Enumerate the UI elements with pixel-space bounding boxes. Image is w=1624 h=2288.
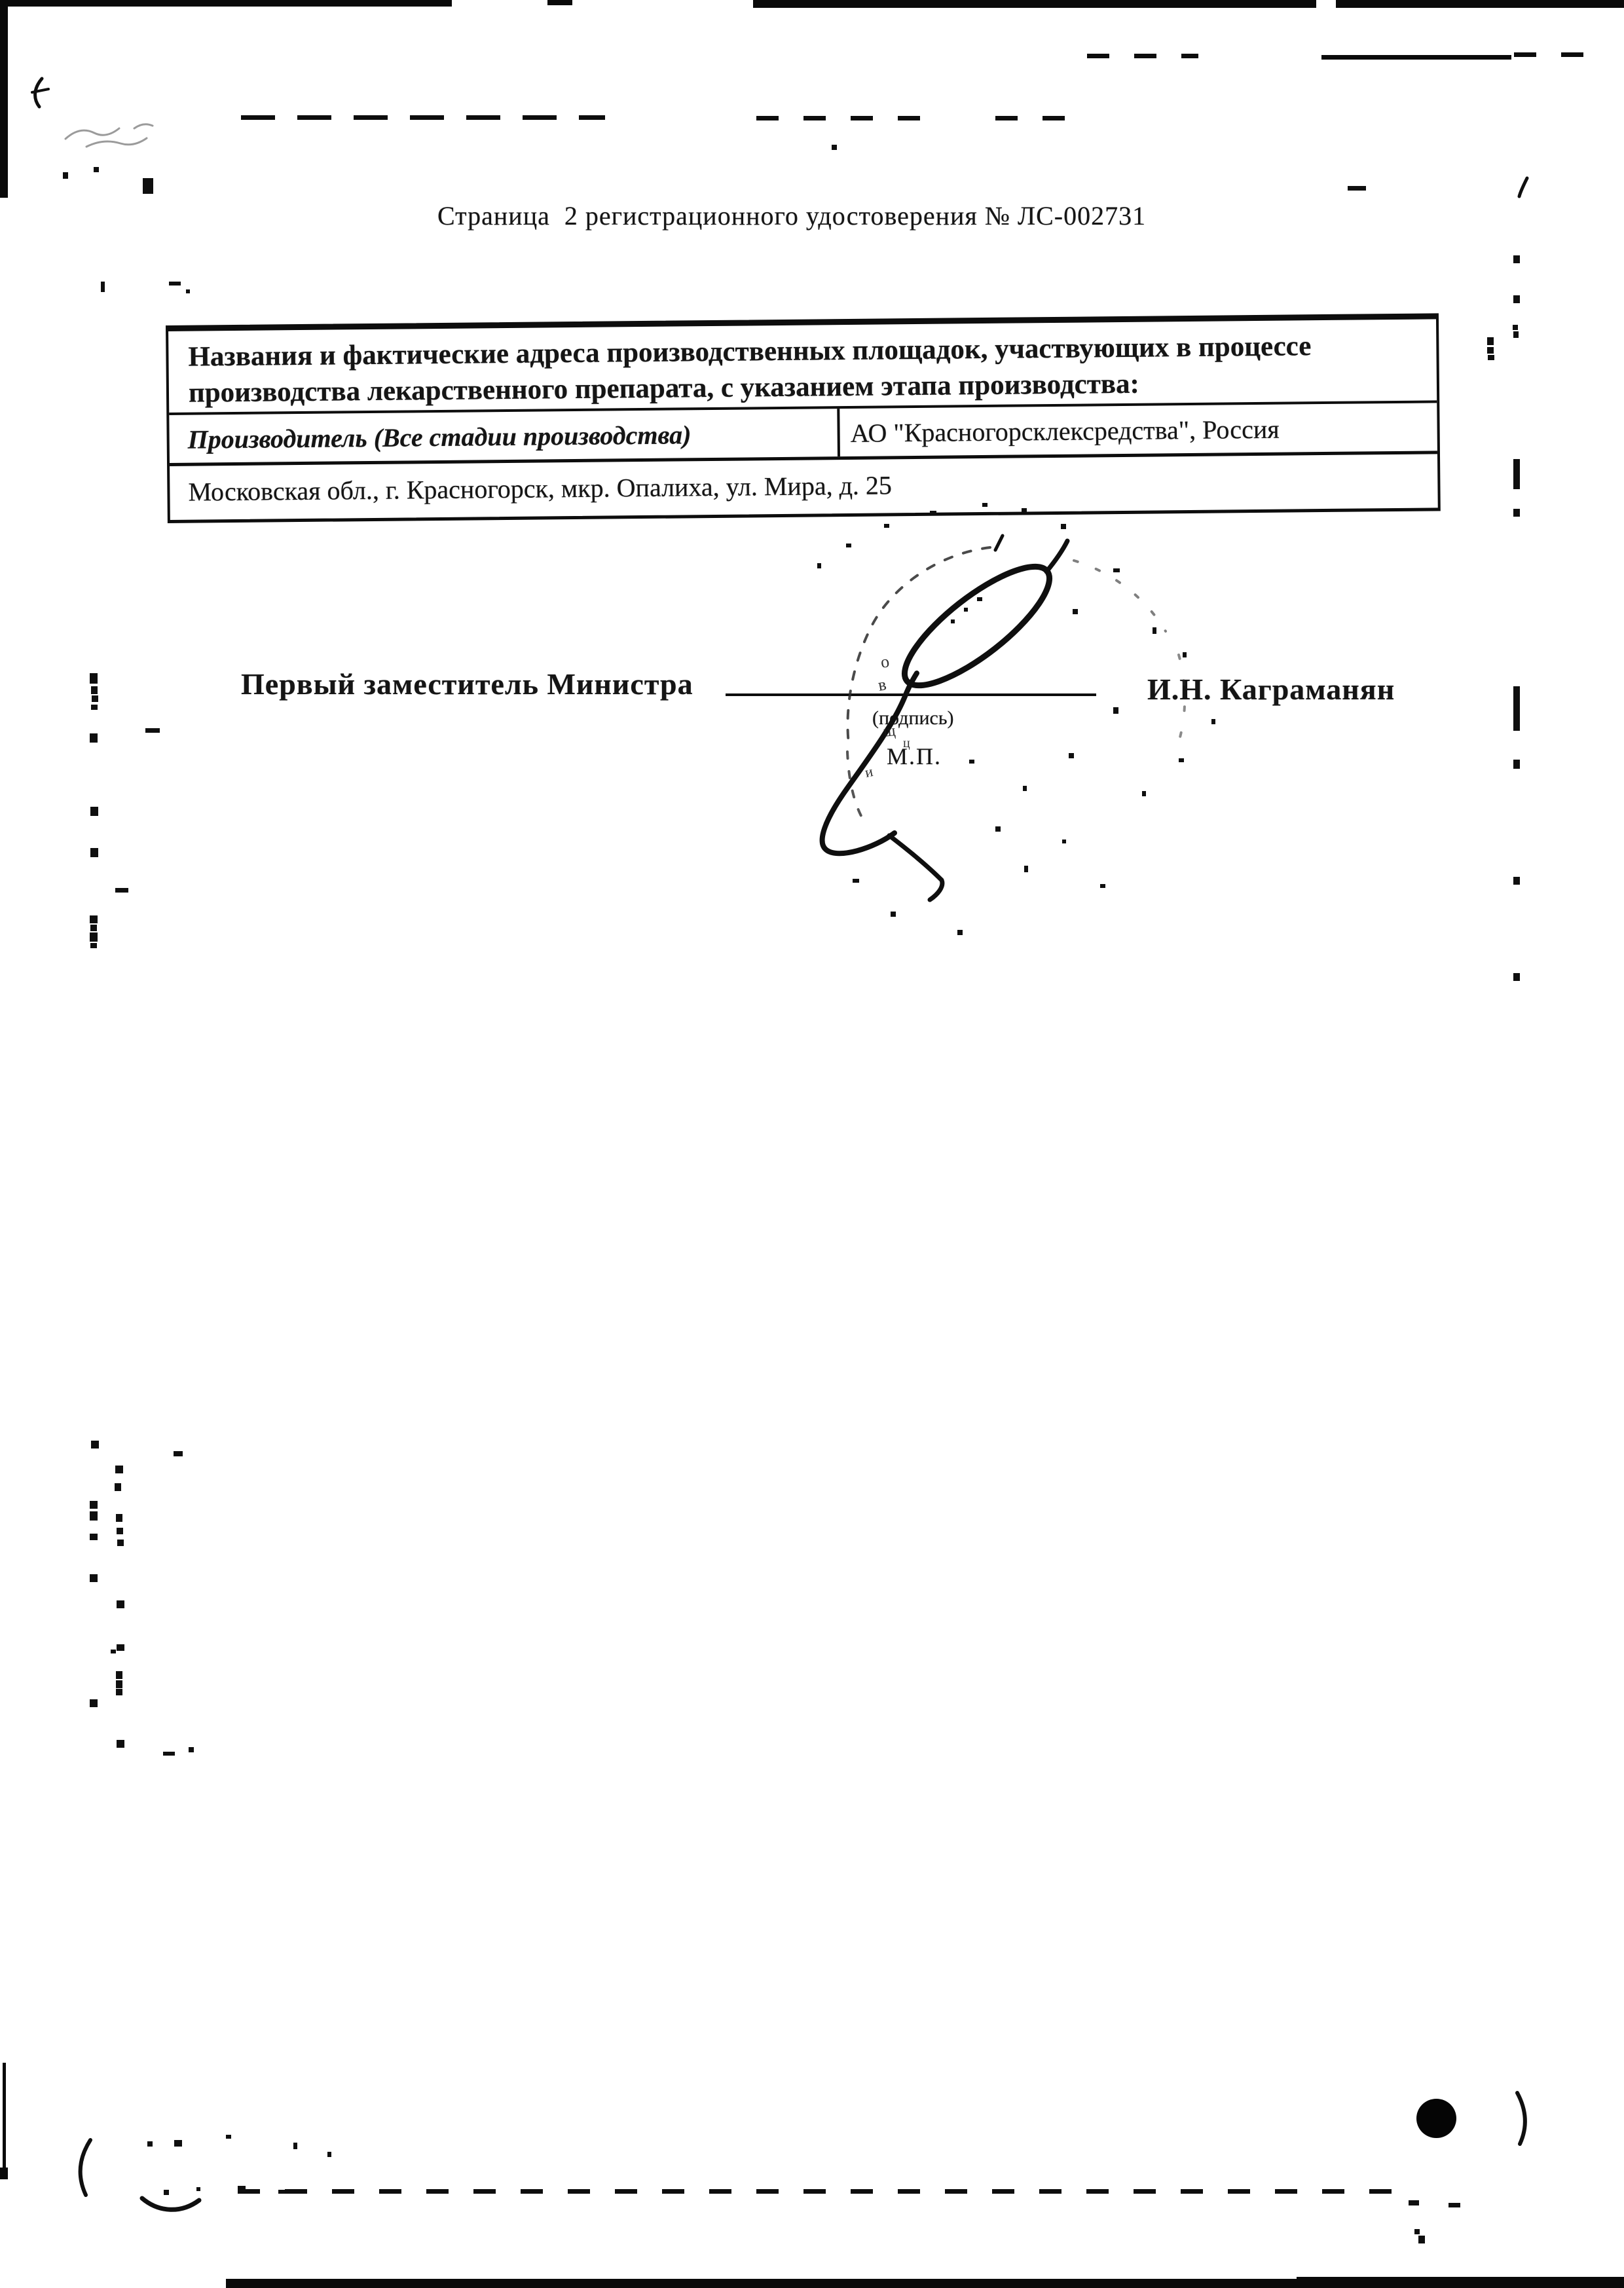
scan-speck xyxy=(164,2190,169,2195)
scan-speck xyxy=(90,733,98,743)
scan-speck xyxy=(226,2135,231,2139)
scan-speck xyxy=(117,1600,124,1608)
scan-speck xyxy=(969,760,974,764)
signature-scribble xyxy=(889,836,942,900)
scan-speck xyxy=(1179,758,1184,762)
scan-speck xyxy=(1153,627,1156,634)
scan-speck xyxy=(1513,877,1520,885)
scan-speck xyxy=(90,848,98,857)
scan-speck xyxy=(115,888,128,893)
scan-speck xyxy=(1487,347,1494,354)
scan-speck xyxy=(964,608,968,612)
scan-speck xyxy=(116,1689,122,1695)
scan-speck xyxy=(884,524,889,528)
scan-speck xyxy=(238,2186,246,2192)
paren-mark xyxy=(1517,2093,1525,2144)
scan-speck xyxy=(1488,355,1494,360)
scan-speck xyxy=(1023,786,1027,791)
stamp-letter: щ xyxy=(883,722,896,741)
scan-speck xyxy=(1061,524,1066,529)
scan-speck xyxy=(930,511,936,515)
scan-speck xyxy=(169,282,181,286)
scan-speck xyxy=(1073,609,1078,614)
scan-speck xyxy=(1449,2203,1460,2207)
scan-speck xyxy=(90,925,97,931)
scan-speck xyxy=(174,2140,182,2147)
scan-slash-mark xyxy=(1519,178,1527,196)
scan-speck xyxy=(90,915,98,923)
scan-speck xyxy=(327,2152,331,2157)
scan-speck xyxy=(101,282,105,292)
scan-speck xyxy=(1414,2229,1420,2234)
scan-speck xyxy=(951,619,955,623)
paren-mark xyxy=(81,2140,90,2195)
scan-speck xyxy=(116,1680,122,1688)
scan-speck xyxy=(117,1740,124,1748)
scan-speck xyxy=(1183,652,1187,657)
scan-speck xyxy=(92,695,98,702)
scan-speck xyxy=(115,1466,123,1473)
scan-speck xyxy=(1418,2236,1425,2243)
scan-speck xyxy=(143,178,153,194)
scan-speck xyxy=(90,1534,98,1540)
scan-speck xyxy=(832,145,837,150)
scan-speck xyxy=(189,1747,194,1752)
scan-speck xyxy=(1211,719,1215,724)
scan-speck xyxy=(163,1752,175,1756)
scan-speck xyxy=(90,932,98,942)
scan-speck xyxy=(90,807,98,816)
scan-speck xyxy=(1513,693,1520,731)
scan-speck xyxy=(1022,508,1027,512)
scan-speck xyxy=(995,826,1001,832)
scan-speck xyxy=(117,1644,124,1651)
scan-speck xyxy=(90,1699,98,1707)
scan-speck xyxy=(117,1540,124,1546)
scanned-document-page: Страница 2 регистрационного удостоверени… xyxy=(0,0,1624,2288)
scan-speck xyxy=(1113,707,1118,714)
scan-speck xyxy=(1513,295,1520,303)
scan-speck xyxy=(117,1528,123,1534)
signature-scribble xyxy=(1046,541,1067,572)
scan-speck xyxy=(111,1650,116,1653)
scan-speck xyxy=(91,1441,99,1448)
stamp-letter: ц xyxy=(903,736,910,751)
scan-speck xyxy=(186,289,190,293)
scan-speck xyxy=(278,2190,285,2194)
scan-speck xyxy=(90,673,98,684)
scan-speck xyxy=(1513,509,1520,517)
stamp-remnant-arc xyxy=(1175,655,1185,753)
stamp-remnant-arc xyxy=(1074,561,1166,631)
scan-speck xyxy=(1024,866,1028,872)
scan-speck xyxy=(196,2187,200,2191)
scan-speck xyxy=(1069,753,1074,758)
scan-speck xyxy=(1513,686,1520,693)
scan-speck xyxy=(90,1574,98,1582)
scan-speck xyxy=(147,2141,153,2147)
scan-speck xyxy=(90,943,97,948)
scan-speck xyxy=(293,2143,297,2149)
arc-mark xyxy=(142,2198,199,2209)
scan-speck xyxy=(846,544,851,547)
scan-speck xyxy=(1100,884,1105,888)
scan-speck xyxy=(116,1514,122,1522)
scan-speck xyxy=(1513,331,1519,338)
scan-speck xyxy=(145,728,160,733)
black-dot-mark xyxy=(1416,2099,1456,2138)
scan-speck xyxy=(174,1451,183,1456)
scan-speck xyxy=(891,912,896,917)
scan-speck xyxy=(94,167,99,172)
scan-speck xyxy=(1142,791,1146,796)
scan-speck xyxy=(90,1501,98,1509)
scan-speck xyxy=(1513,325,1518,330)
scan-speck xyxy=(115,1483,121,1491)
scan-speck xyxy=(90,1511,98,1521)
scan-speck xyxy=(63,172,68,179)
scan-speck xyxy=(982,503,987,507)
scan-speck xyxy=(91,686,98,694)
scan-speck xyxy=(957,930,963,935)
scan-speck xyxy=(853,879,859,883)
scan-speck xyxy=(1113,568,1120,572)
scan-speck xyxy=(1409,2200,1419,2205)
scan-speck xyxy=(1487,337,1494,345)
scan-speck xyxy=(817,563,821,568)
scan-overlay xyxy=(0,0,1624,2288)
pencil-smudge xyxy=(65,124,153,147)
scan-speck xyxy=(91,705,98,710)
scan-speck xyxy=(977,597,982,601)
signature-scribble xyxy=(995,536,1003,550)
scan-speck xyxy=(1513,973,1520,981)
scan-speck xyxy=(116,1671,122,1679)
scan-speck xyxy=(1062,840,1066,843)
scan-speck xyxy=(1513,760,1520,769)
scan-speck xyxy=(1348,186,1366,191)
scan-speck xyxy=(1513,459,1520,489)
scan-speck xyxy=(1513,255,1520,263)
